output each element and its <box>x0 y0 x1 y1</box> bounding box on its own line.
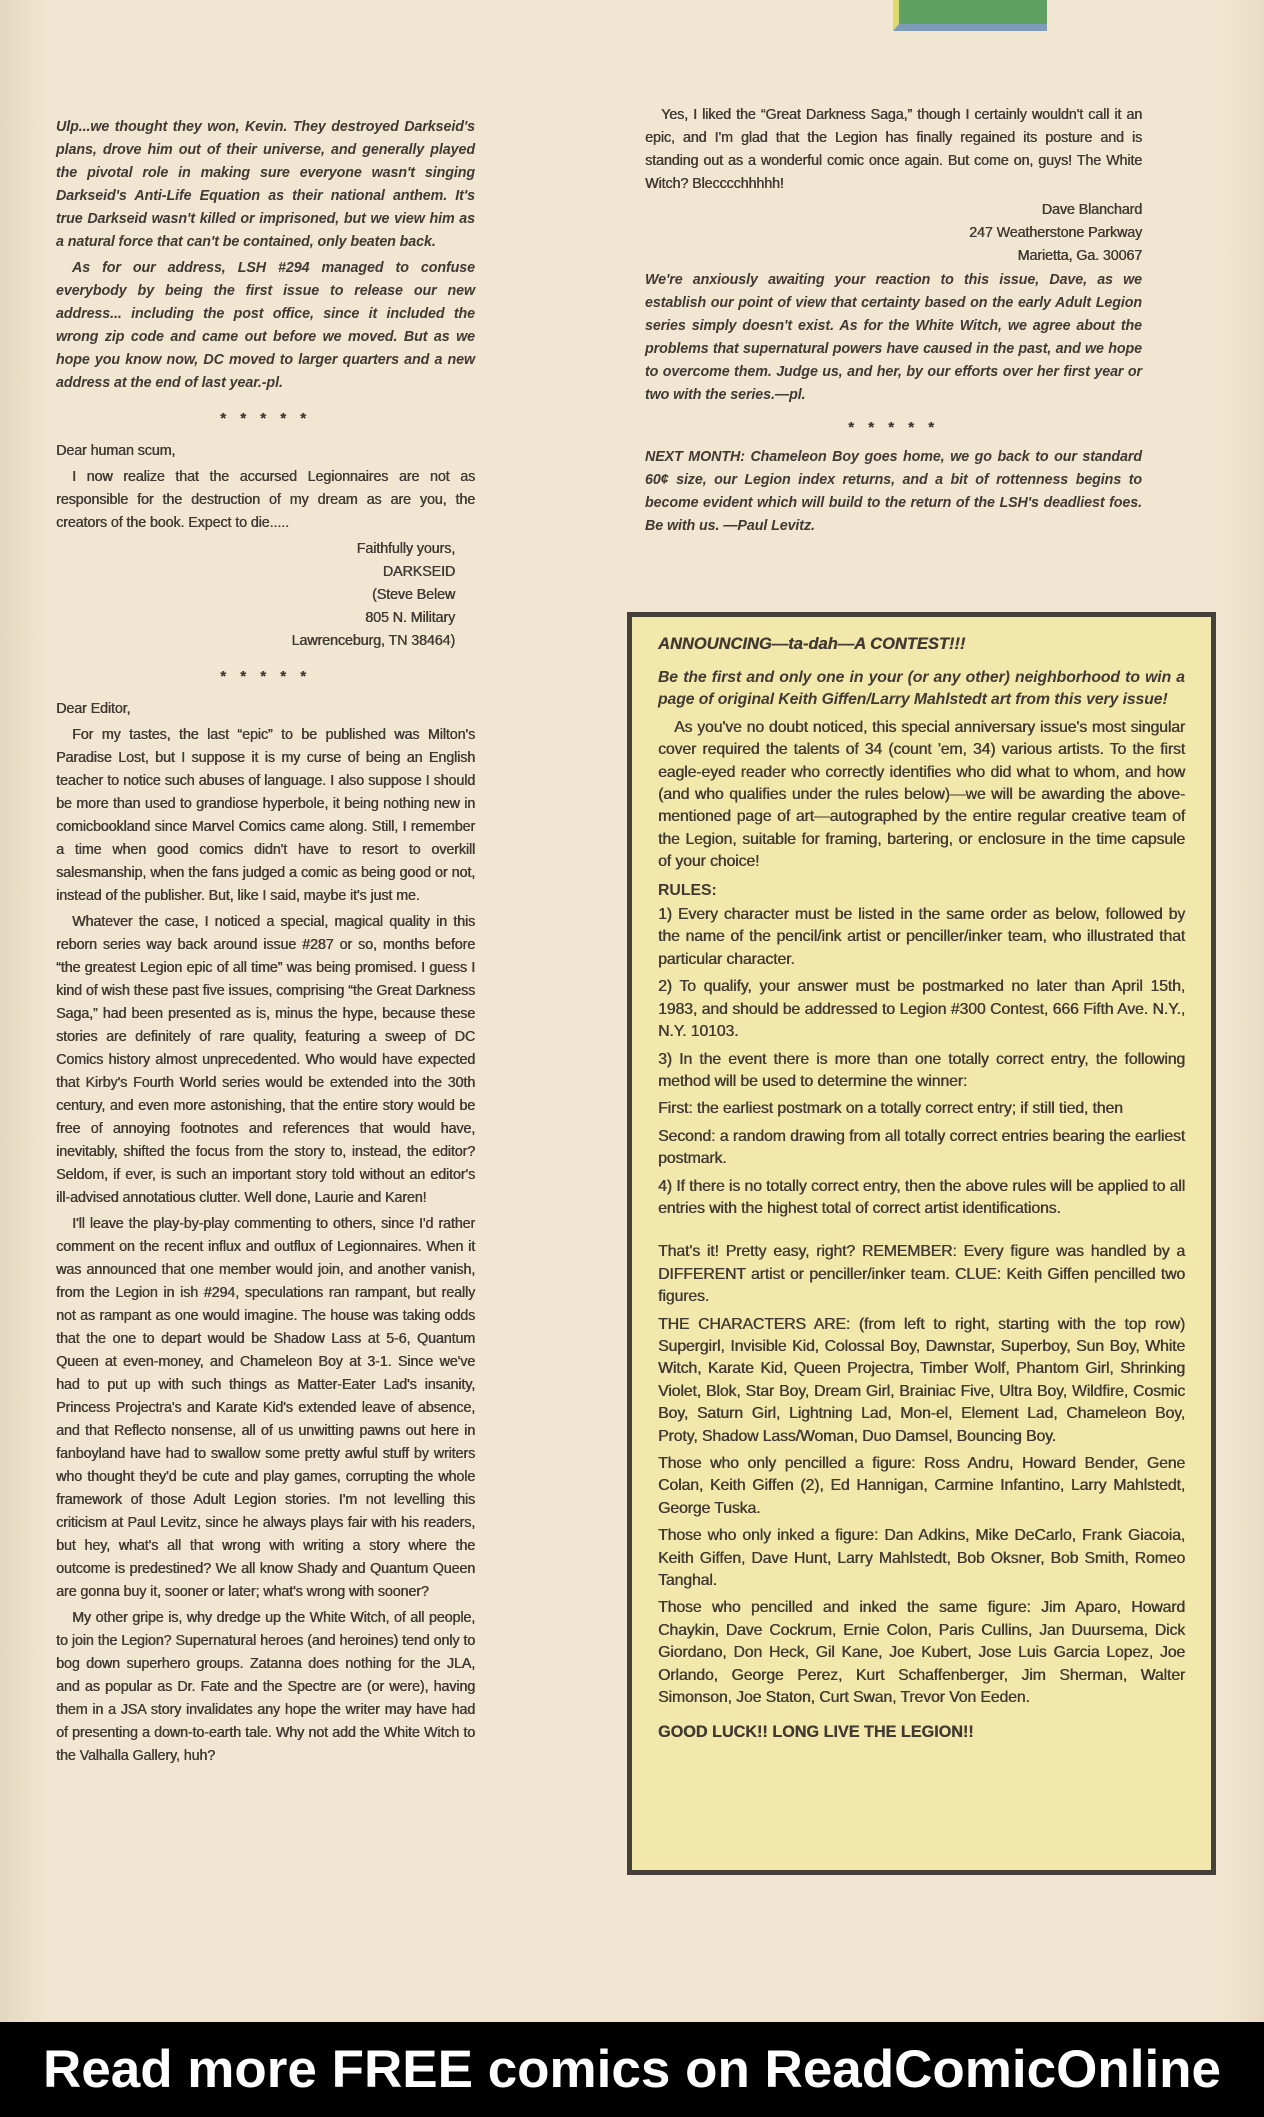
contest-rule: 2) To qualify, your answer must be postm… <box>658 976 1185 1043</box>
contest-rule: First: the earliest postmark on a totall… <box>658 1098 1185 1120</box>
signature-line: (Steve Belew <box>56 584 475 607</box>
contest-box: ANNOUNCING—ta-dah—A CONTEST!!! Be the fi… <box>627 612 1216 1875</box>
editor-reply-paragraph: As for our address, LSH #294 managed to … <box>56 257 475 395</box>
signature-line: Faithfully yours, <box>56 538 475 561</box>
contest-inkers-list: Those who only inked a figure: Dan Adkin… <box>658 1525 1185 1592</box>
banner-text[interactable]: Read more FREE comics on ReadComicOnline <box>43 2039 1221 2100</box>
letter-salutation: Dear human scum, <box>56 440 475 463</box>
letter-salutation: Dear Editor, <box>56 698 475 721</box>
signature-line: DARKSEID <box>56 561 475 584</box>
contest-pencil-ink-list: Those who pencilled and inked the same f… <box>658 1597 1185 1709</box>
star-divider: * * * * * <box>645 419 1142 436</box>
signature-line: Dave Blanchard <box>645 199 1142 222</box>
right-column: Yes, I liked the “Great Darkness Saga,” … <box>645 104 1142 541</box>
letters-page: Ulp...we thought they won, Kevin. They d… <box>0 0 1264 2117</box>
letter-body-paragraph: Whatever the case, I noticed a special, … <box>56 911 475 1210</box>
star-divider: * * * * * <box>56 668 475 685</box>
editor-reply-paragraph: We're anxiously awaiting your reaction t… <box>645 269 1142 407</box>
contest-characters-list: THE CHARACTERS ARE: (from left to right,… <box>658 1314 1185 1448</box>
contest-rule: 4) If there is no totally correct entry,… <box>658 1176 1185 1221</box>
contest-intro: Be the first and only one in your (or an… <box>658 667 1185 712</box>
contest-rules-heading: RULES: <box>658 880 1185 902</box>
green-print-mark <box>893 0 1047 31</box>
letter-body-paragraph: My other gripe is, why dredge up the Whi… <box>56 1607 475 1768</box>
signature-line: Lawrenceburg, TN 38464) <box>56 630 475 653</box>
contest-title: ANNOUNCING—ta-dah—A CONTEST!!! <box>658 633 1185 655</box>
contest-outro-paragraph: That's it! Pretty easy, right? REMEMBER:… <box>658 1241 1185 1308</box>
left-column: Ulp...we thought they won, Kevin. They d… <box>56 116 475 1771</box>
star-divider: * * * * * <box>56 410 475 427</box>
contest-rule: 3) In the event there is more than one t… <box>658 1049 1185 1094</box>
contest-good-luck: GOOD LUCK!! LONG LIVE THE LEGION!! <box>658 1721 1185 1743</box>
contest-pencillers-list: Those who only pencilled a figure: Ross … <box>658 1453 1185 1520</box>
contest-body-paragraph: As you've no doubt noticed, this special… <box>658 717 1185 874</box>
editor-reply-paragraph: Ulp...we thought they won, Kevin. They d… <box>56 116 475 254</box>
contest-rule: 1) Every character must be listed in the… <box>658 904 1185 971</box>
letter-body-paragraph: Yes, I liked the “Great Darkness Saga,” … <box>645 104 1142 196</box>
signature-line: Marietta, Ga. 30067 <box>645 245 1142 268</box>
letter-body-paragraph: I now realize that the accursed Legionna… <box>56 466 475 535</box>
letter-body-paragraph: For my tastes, the last “epic” to be pub… <box>56 724 475 908</box>
footer-banner[interactable]: Read more FREE comics on ReadComicOnline <box>0 2022 1264 2117</box>
spacer <box>658 1225 1185 1241</box>
letter-body-paragraph: I'll leave the play-by-play commenting t… <box>56 1213 475 1604</box>
next-month-teaser: NEXT MONTH: Chameleon Boy goes home, we … <box>645 446 1142 538</box>
signature-line: 247 Weatherstone Parkway <box>645 222 1142 245</box>
letter-signature: Dave Blanchard 247 Weatherstone Parkway … <box>645 199 1142 268</box>
signature-line: 805 N. Military <box>56 607 475 630</box>
contest-rule: Second: a random drawing from all totall… <box>658 1126 1185 1171</box>
letter-signature: Faithfully yours, DARKSEID (Steve Belew … <box>56 538 475 653</box>
